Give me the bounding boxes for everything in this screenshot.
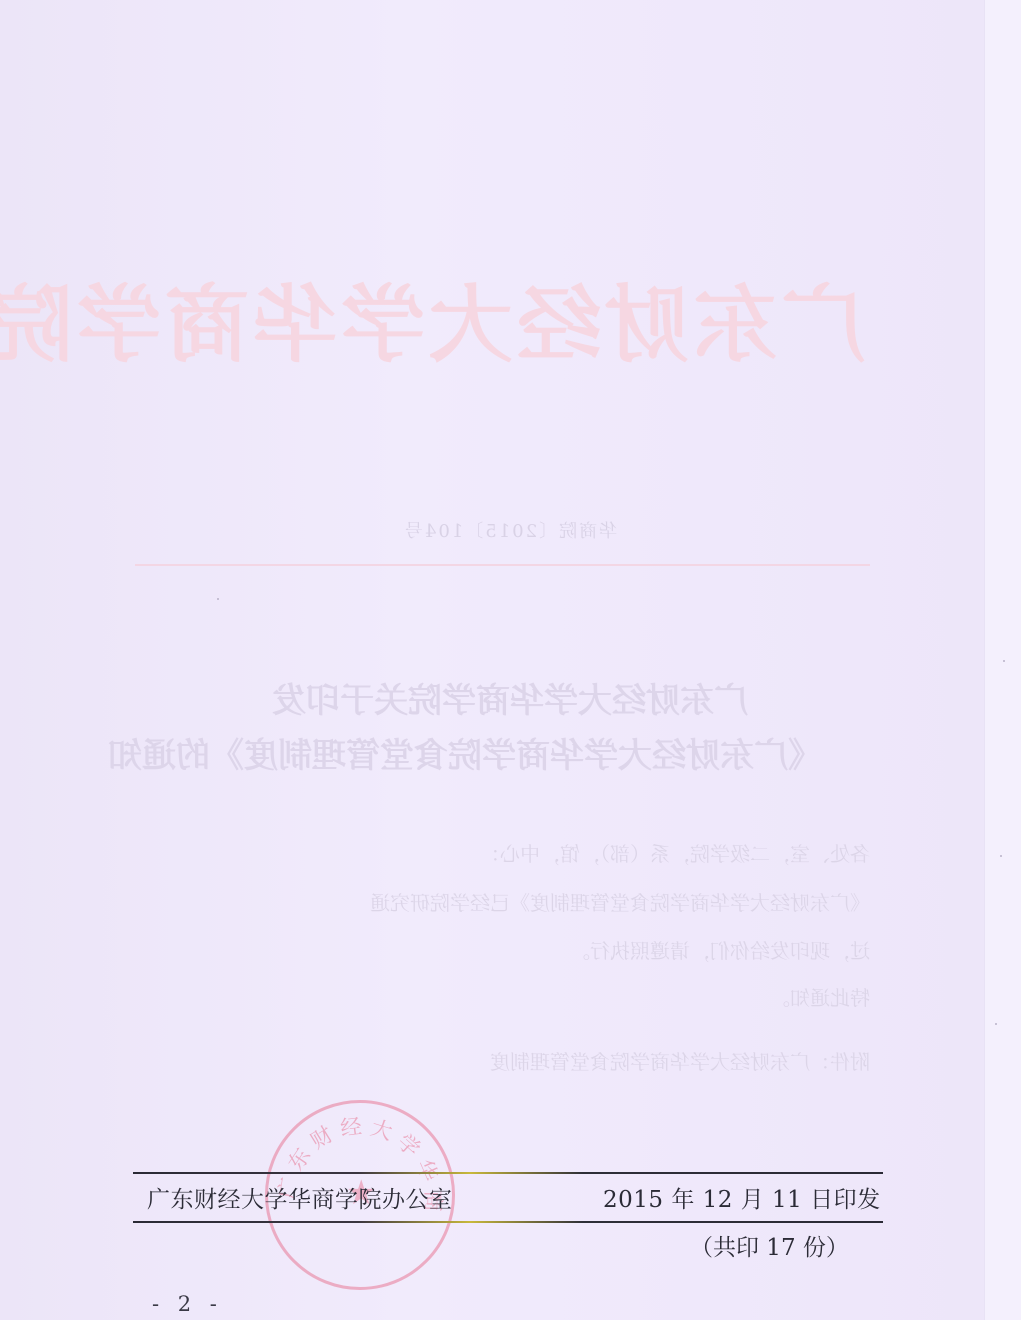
page-number: - 2 -: [152, 1292, 223, 1316]
paper-background: [0, 0, 1021, 1320]
bleed-through-doc-number: 华商院〔2015〕104号: [300, 517, 720, 543]
issue-date: 2015 年 12 月 11 日印发: [603, 1181, 881, 1214]
scan-speck: [1000, 855, 1002, 857]
scan-speck: [217, 598, 219, 600]
bleed-through-body-line: 各处、室，二级学院，系（部），馆，中心：: [110, 838, 870, 867]
scan-speck: [995, 1023, 997, 1025]
bleed-through-title-line2: 《广东财经大学华商学院食堂管理制度》的通知: [75, 728, 855, 777]
bleed-through-red-rule: [135, 564, 870, 566]
bleed-through-body-line: 附件：广东财经大学华商学院食堂管理制度: [110, 1046, 870, 1075]
copies-count: （共印 17 份）: [690, 1229, 849, 1262]
imprint-top-rule: [133, 1172, 883, 1174]
bleed-through-body-line: 特此通知。: [110, 982, 870, 1011]
bleed-through-body-line: 过，现印发给你们，请遵照执行。: [110, 935, 870, 964]
bleed-through-header: 广东财经大学华商学院文件: [135, 258, 865, 379]
imprint-bottom-rule: [133, 1221, 883, 1223]
issuer-name: 广东财经大学华商学院办公室: [147, 1181, 453, 1214]
bleed-through-title-line1: 广东财经大学华商学院关于印发: [170, 673, 850, 722]
scan-speck: [1003, 660, 1005, 662]
bleed-through-body-line: 《广东财经大学华商学院食堂管理制度》已经学院研究通: [110, 887, 870, 916]
